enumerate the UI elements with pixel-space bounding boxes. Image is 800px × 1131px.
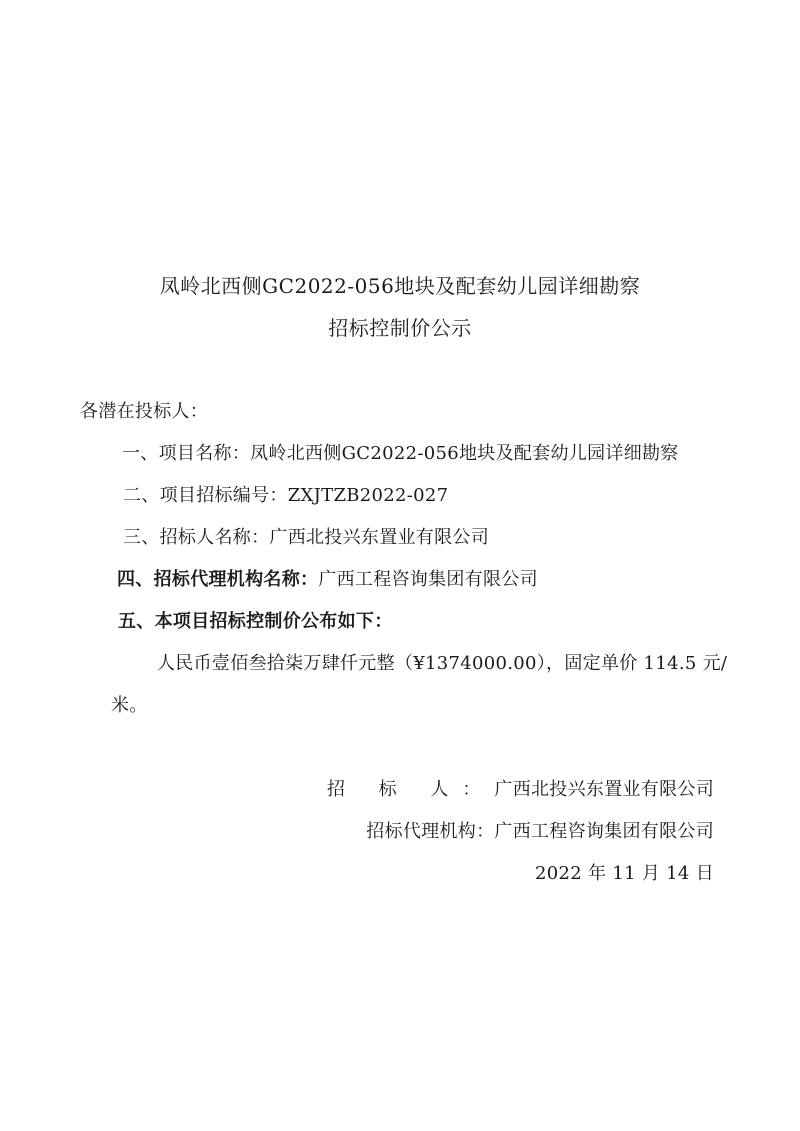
item-value: ZXJTZB2022-027	[288, 485, 449, 506]
item-value: 广西工程咨询集团有限公司	[318, 569, 538, 590]
signature-label: 招 标 人：	[327, 779, 494, 800]
item-agency-name: 四、招标代理机构名称：广西工程咨询集团有限公司	[117, 568, 538, 592]
signature-agency: 招标代理机构：广西工程咨询集团有限公司	[366, 820, 714, 844]
signature-date: 2022 年 11 月 14 日	[535, 862, 714, 886]
item-label: 四、招标代理机构名称：	[117, 569, 318, 590]
signature-value: 广西北投兴东置业有限公司	[494, 779, 714, 800]
document-title-line2: 招标控制价公示	[0, 314, 800, 342]
salutation: 各潜在投标人：	[80, 400, 208, 424]
signature-tenderer: 招 标 人：广西北投兴东置业有限公司	[327, 778, 714, 802]
item-control-price-heading: 五、本项目招标控制价公布如下：	[118, 610, 393, 634]
item-label: 一、项目名称：	[122, 443, 250, 464]
item-project-name: 一、项目名称：凤岭北西侧GC2022-056地块及配套幼儿园详细勘察	[122, 442, 679, 466]
item-tenderer-name: 三、招标人名称：广西北投兴东置业有限公司	[123, 526, 489, 550]
document-page: 凤岭北西侧GC2022-056地块及配套幼儿园详细勘察 招标控制价公示 各潜在投…	[0, 0, 800, 1131]
item-label: 五、本项目招标控制价公布如下：	[118, 611, 393, 632]
item-label: 二、项目招标编号：	[123, 485, 288, 506]
item-project-number: 二、项目招标编号：ZXJTZB2022-027	[123, 484, 448, 508]
item-value: 广西北投兴东置业有限公司	[269, 527, 489, 548]
item-value: 凤岭北西侧GC2022-056地块及配套幼儿园详细勘察	[250, 443, 679, 464]
signature-label: 招标代理机构：	[366, 821, 494, 842]
document-title-line1: 凤岭北西侧GC2022-056地块及配套幼儿园详细勘察	[0, 272, 800, 300]
signature-value: 广西工程咨询集团有限公司	[494, 821, 714, 842]
item-label: 三、招标人名称：	[123, 527, 269, 548]
price-line-2: 米。	[111, 694, 148, 718]
price-line-1: 人民币壹佰叁拾柒万肆仟元整（¥1374000.00），固定单价 114.5 元/	[157, 652, 727, 676]
